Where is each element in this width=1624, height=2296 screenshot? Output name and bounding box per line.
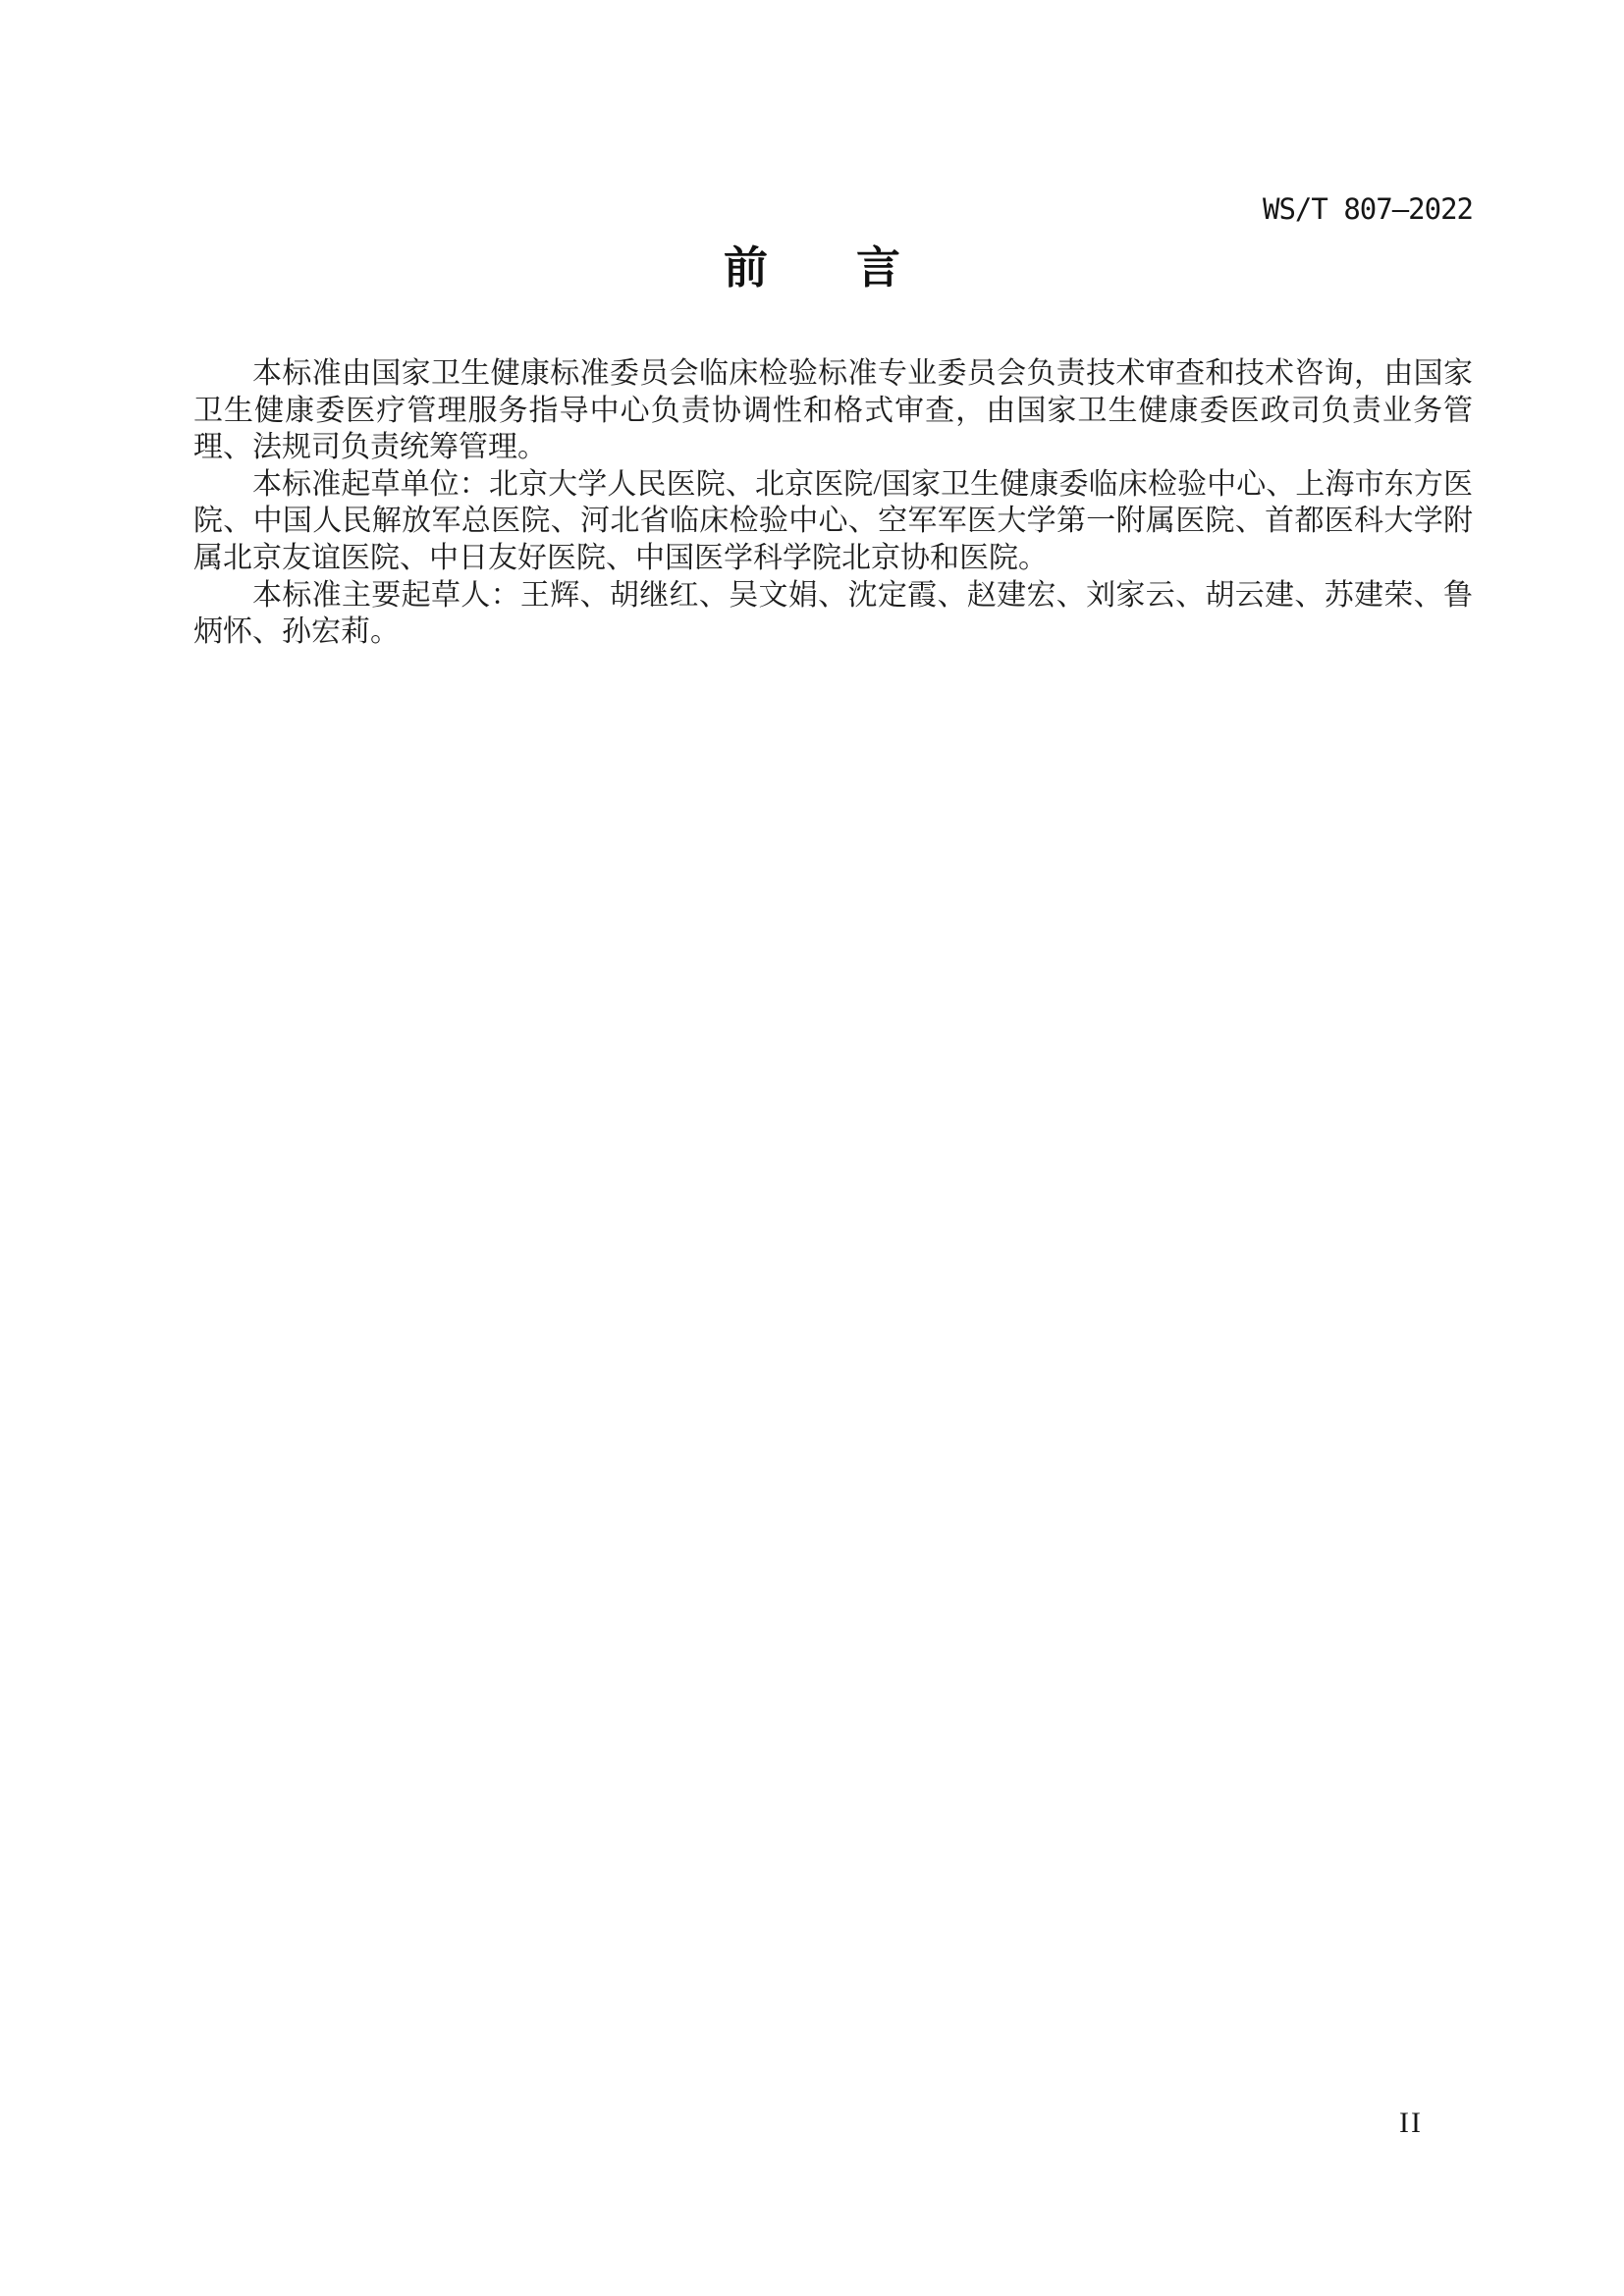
page-number: II: [1399, 2107, 1423, 2140]
paragraph-main-drafters: 本标准主要起草人：王辉、胡继红、吴文娟、沈定霞、赵建宏、刘家云、胡云建、苏建荣、…: [193, 577, 1473, 651]
page-title-text: 前言: [724, 242, 989, 293]
paragraph-review-responsibility: 本标准由国家卫生健康标准委员会临床检验标准专业委员会负责技术审查和技术咨询，由国…: [193, 355, 1473, 466]
preface-body: 本标准由国家卫生健康标准委员会临床检验标准专业委员会负责技术审查和技术咨询，由国…: [193, 355, 1473, 651]
paragraph-drafting-organizations: 本标准起草单位：北京大学人民医院、北京医院/国家卫生健康委临床检验中心、上海市东…: [193, 466, 1473, 577]
document-page: WS/T 807—2022 前言 本标准由国家卫生健康标准委员会临床检验标准专业…: [0, 0, 1624, 2296]
standard-number: WS/T 807—2022: [193, 192, 1473, 226]
page-title: 前言: [0, 242, 1624, 294]
